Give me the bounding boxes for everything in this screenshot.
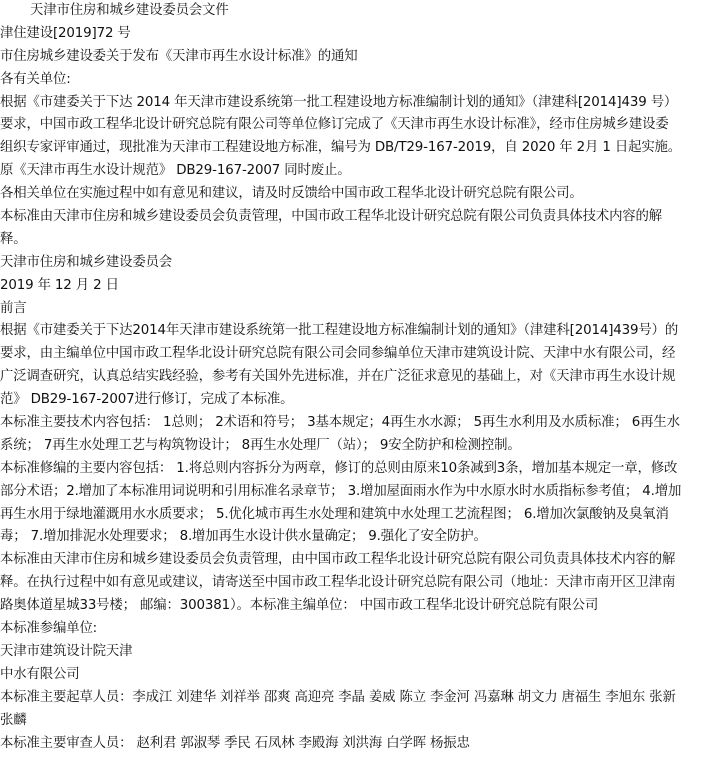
salutation: 各有关单位:: [0, 69, 718, 92]
preface-heading: 前言: [0, 298, 718, 321]
notice-line: 根据《市建委关于下达 2014 年天津市建设系统第一批工程建设地方标准编制计划的…: [0, 92, 718, 115]
document-header: 天津市住房和城乡建设委员会文件: [0, 0, 718, 23]
notice-line: 要求，中国市政工程华北设计研究总院有限公司等单位修订完成了《天津市再生水设计标准…: [0, 114, 718, 137]
participant-unit: 中水有限公司: [0, 664, 718, 687]
preface-body: 根据《市建委关于下达2014年天津市建设系统第一批工程建设地方标准编制计划的通知…: [0, 320, 718, 618]
notice-line: 原《天津市再生水设计规范》 DB29-167-2007 同时废止。: [0, 160, 718, 183]
notice-line: 各相关单位在实施过程中如有意见和建议，请及时反馈给中国市政工程华北设计研究总院有…: [0, 183, 718, 206]
preface-line: 本标准由天津市住房和城乡建设委员会负责管理，由中国市政工程华北设计研究总院有限公…: [0, 549, 718, 572]
issue-date: 2019 年 12 月 2 日: [0, 275, 718, 298]
preface-line: 本标准修编的主要内容包括： 1.将总则内容拆分为两章，修订的总则由原来10条减到…: [0, 458, 718, 481]
drafters-list: 本标准主要起草人员：李成江 刘建华 刘祥举 邵爽 高迎亮 李晶 姜威 陈立 李金…: [0, 687, 718, 710]
preface-line: 系统； 7再生水处理工艺与构筑物设计； 8再生水处理厂（站）； 9安全防护和检测…: [0, 435, 718, 458]
notice-line: 释。: [0, 229, 718, 252]
notice-body: 根据《市建委关于下达 2014 年天津市建设系统第一批工程建设地方标准编制计划的…: [0, 92, 718, 252]
preface-line: 再生水用于绿地灌溉用水水质要求； 5.优化城市再生水处理和建筑中水处理工艺流程图…: [0, 504, 718, 527]
preface-line: 根据《市建委关于下达2014年天津市建设系统第一批工程建设地方标准编制计划的通知…: [0, 320, 718, 343]
notice-title: 市住房城乡建设委关于发布《天津市再生水设计标准》的通知: [0, 46, 718, 69]
document: 天津市住房和城乡建设委员会文件 津住建设[2019]72 号 市住房城乡建设委关…: [0, 0, 718, 755]
preface-line: 释。在执行过程中如有意见或建议，请寄送至中国市政工程华北设计研究总院有限公司（地…: [0, 572, 718, 595]
preface-line: 范》 DB29-167-2007进行修订，完成了本标准。: [0, 389, 718, 412]
reviewers-list: 本标准主要审查人员： 赵利君 郭淑琴 季民 石凤林 李殿海 刘洪海 白学晖 杨振…: [0, 733, 718, 756]
preface-line: 本标准主要技术内容包括： 1总则； 2术语和符号； 3基本规定；4再生水水源； …: [0, 412, 718, 435]
preface-line: 要求，由主编单位中国市政工程华北设计研究总院有限公司会同参编单位天津市建筑设计院…: [0, 343, 718, 366]
notice-line: 组织专家评审通过，现批准为天津市工程建设地方标准，编号为 DB/T29-167-…: [0, 137, 718, 160]
document-number: 津住建设[2019]72 号: [0, 23, 718, 46]
drafters-list-continued: 张麟: [0, 710, 718, 733]
preface-line: 部分术语；2.增加了本标准用词说明和引用标准名录章节； 3.增加屋面雨水作为中水…: [0, 481, 718, 504]
participants-heading: 本标准参编单位:: [0, 618, 718, 641]
notice-line: 本标准由天津市住房和城乡建设委员会负责管理，中国市政工程华北设计研究总院有限公司…: [0, 206, 718, 229]
issuer: 天津市住房和城乡建设委员会: [0, 252, 718, 275]
preface-line: 广泛调查研究，认真总结实践经验，参考有关国外先进标准，并在广泛征求意见的基础上，…: [0, 366, 718, 389]
participant-unit: 天津市建筑设计院天津: [0, 641, 718, 664]
preface-line: 路奥体道星城33号楼； 邮编：300381）。本标准主编单位： 中国市政工程华北…: [0, 595, 718, 618]
preface-line: 毒； 7.增加排泥水处理要求； 8.增加再生水设计供水量确定； 9.强化了安全防…: [0, 526, 718, 549]
